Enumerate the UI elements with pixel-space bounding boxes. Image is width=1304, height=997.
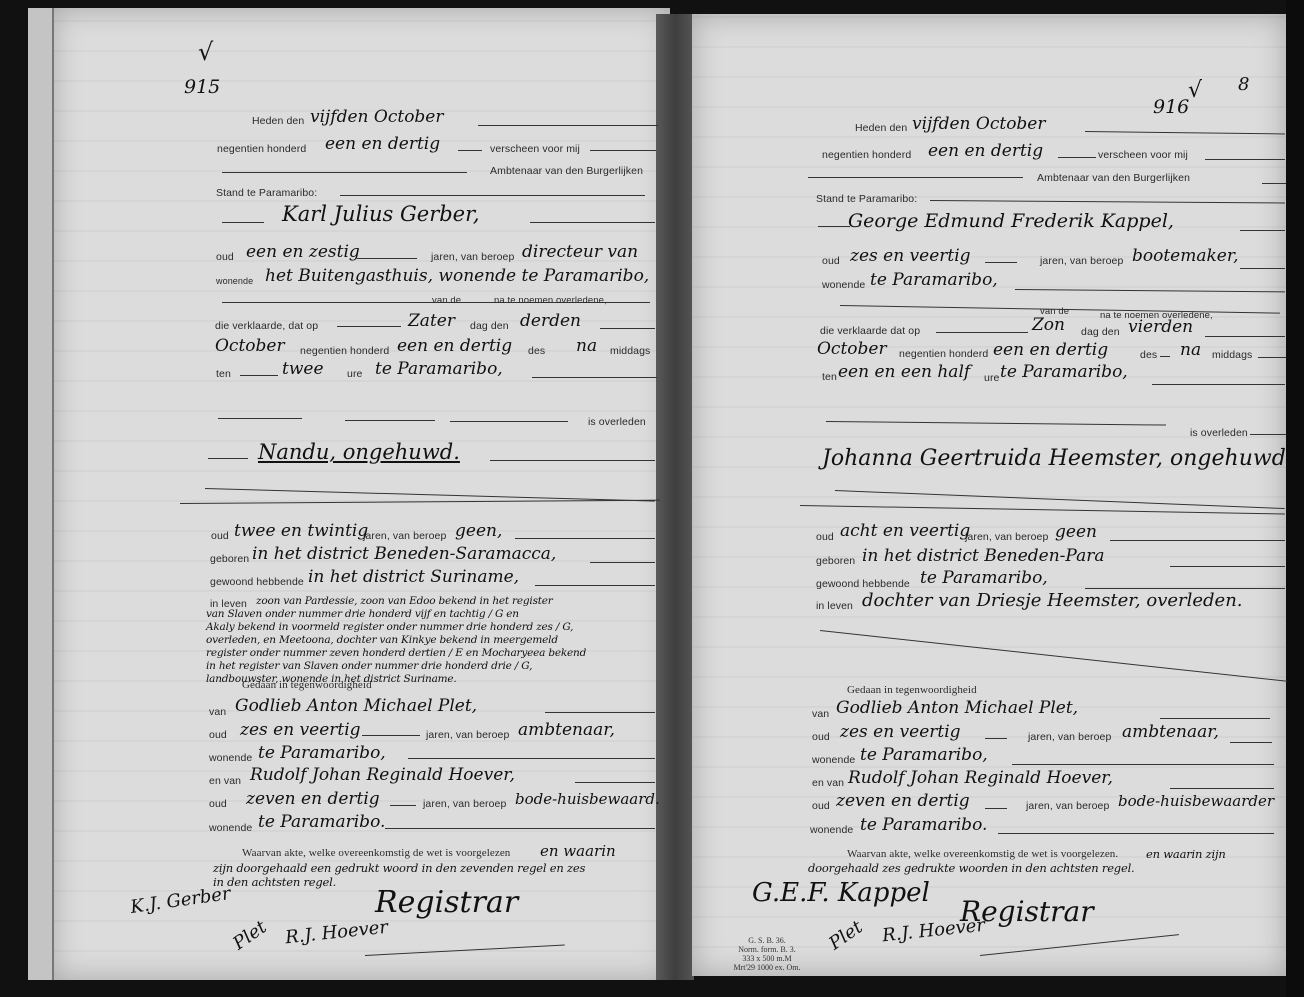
rule bbox=[1058, 157, 1096, 158]
declarant-age: een en zestig bbox=[246, 242, 360, 262]
na-te-noemen-label: na te noemen overledene, bbox=[494, 295, 607, 306]
birthplace: in het district Beneden-Saramacca, bbox=[252, 544, 556, 564]
des-label: des bbox=[1140, 349, 1157, 361]
witness2-residence: te Paramaribo. bbox=[258, 812, 385, 832]
rule bbox=[345, 420, 435, 421]
form-code-line: G. S. B. 36. bbox=[722, 936, 812, 945]
deceased-occupation: geen, bbox=[455, 521, 502, 541]
rule bbox=[985, 262, 1017, 263]
gewoond-label: gewoond hebbende bbox=[210, 576, 304, 588]
death-place: te Paramaribo, bbox=[375, 359, 503, 379]
negentien-honderd-label: negentien honderd bbox=[822, 149, 911, 161]
oud-label-3: oud bbox=[812, 731, 830, 743]
rule bbox=[1230, 742, 1272, 743]
closing-handwritten-2: doorgehaald zes gedrukte woorden in den … bbox=[808, 862, 1135, 875]
deceased-name: Johanna Geertruida Heemster, ongehuwd bbox=[822, 446, 1286, 471]
witness2-age: zeven en dertig bbox=[836, 791, 970, 811]
rule bbox=[998, 833, 1274, 834]
witness1-occupation: ambtenaar, bbox=[518, 720, 615, 740]
rule bbox=[515, 538, 655, 539]
verscheen-label: verscheen voor mij bbox=[1098, 149, 1188, 161]
rule bbox=[390, 805, 416, 806]
negentien-honderd-label-2: negentien honderd bbox=[899, 348, 988, 360]
rule bbox=[985, 808, 1007, 809]
signature-registrar: Registrar bbox=[960, 895, 1094, 928]
form-code-line: Mrt'29 1000 ex. Om. bbox=[722, 963, 812, 972]
rule bbox=[532, 377, 657, 378]
deceased-name: Nandu, ongehuwd. bbox=[258, 440, 460, 464]
wonende-label: wonende bbox=[216, 276, 253, 286]
rule bbox=[575, 782, 655, 783]
weekday: Zon bbox=[1032, 315, 1065, 335]
dag-den-label: dag den bbox=[1081, 326, 1120, 338]
date-day-month: vijfden October bbox=[912, 114, 1046, 134]
geboren-label: geboren bbox=[210, 553, 249, 565]
rule bbox=[1012, 764, 1274, 765]
rule bbox=[1240, 230, 1285, 231]
rule bbox=[1170, 788, 1274, 789]
signature-declarant: G.E.F. Kappel bbox=[752, 878, 930, 908]
geboren-label: geboren bbox=[816, 555, 855, 567]
birthplace: in het district Beneden-Para bbox=[862, 546, 1105, 566]
oud-label-2: oud bbox=[211, 530, 229, 542]
witness1-age: zes en veertig bbox=[840, 722, 961, 742]
stand-label: Stand te Paramaribo: bbox=[816, 193, 917, 205]
rule bbox=[545, 712, 655, 713]
ten-label: ten bbox=[216, 368, 231, 380]
jaren-beroep-label-3: jaren, van beroep bbox=[426, 729, 509, 741]
gewoond-label: gewoond hebbende bbox=[816, 578, 910, 590]
witness2-age: zeven en dertig bbox=[246, 789, 380, 809]
gedaan-label: Gedaan in tegenwoordigheid bbox=[847, 684, 977, 696]
last-residence: in het district Suriname, bbox=[308, 567, 519, 587]
death-day: derden bbox=[520, 311, 581, 331]
death-month: October bbox=[817, 339, 887, 359]
witness1-residence: te Paramaribo, bbox=[258, 743, 386, 763]
witness2-residence: te Paramaribo. bbox=[860, 815, 987, 835]
rule bbox=[218, 418, 302, 419]
verklaarde-label: die verklaarde, dat op bbox=[215, 320, 318, 332]
witness1-name: Godlieb Anton Michael Plet, bbox=[235, 696, 477, 716]
na-value: na bbox=[576, 336, 597, 356]
en-van-label: en van bbox=[812, 777, 844, 789]
parents-line: register onder nummer zeven honderd dert… bbox=[206, 647, 666, 660]
rule bbox=[1240, 268, 1285, 269]
rule bbox=[1152, 384, 1285, 385]
oud-label-2: oud bbox=[816, 531, 834, 543]
witness2-occupation: bode-huisbewaarder bbox=[1118, 792, 1274, 810]
signature-registrar: Registrar bbox=[375, 885, 518, 920]
parents-line: in het register van Slaven onder nummer … bbox=[206, 660, 666, 673]
heden-den-label: Heden den bbox=[855, 122, 907, 134]
ten-label: ten bbox=[822, 371, 837, 383]
death-year-words: een en dertig bbox=[397, 336, 512, 356]
rule bbox=[222, 222, 264, 223]
rule bbox=[362, 735, 420, 736]
rule bbox=[340, 195, 645, 196]
ambtenaar-label: Ambtenaar van den Burgerlijken bbox=[1037, 172, 1190, 184]
death-hour: twee bbox=[282, 359, 324, 379]
corner-mark: 8 bbox=[1238, 74, 1249, 95]
rule bbox=[337, 326, 401, 327]
in-leven-label: in leven bbox=[816, 600, 853, 612]
rule bbox=[490, 460, 655, 461]
wonende-label-3: wonende bbox=[209, 822, 252, 834]
ambtenaar-label: Ambtenaar van den Burgerlijken bbox=[490, 165, 643, 177]
van-label: van bbox=[209, 706, 226, 718]
death-hour: een en een half bbox=[838, 362, 970, 382]
rule bbox=[408, 758, 655, 759]
ure-label: ure bbox=[347, 368, 362, 380]
check-mark-icon: √ bbox=[1188, 78, 1202, 103]
des-label: des bbox=[528, 345, 545, 357]
declarant-occupation: directeur van bbox=[522, 242, 638, 262]
last-residence: te Paramaribo, bbox=[920, 568, 1048, 588]
wonende-label-2: wonende bbox=[812, 754, 855, 766]
rule bbox=[240, 375, 278, 376]
declarant-name: Karl Julius Gerber, bbox=[282, 202, 480, 226]
wonende-label-3: wonende bbox=[810, 824, 853, 836]
rule bbox=[808, 177, 1023, 178]
na-value: na bbox=[1180, 340, 1201, 360]
oud-label: oud bbox=[216, 251, 234, 263]
parents-line: Akaly bekend in voormeld register onder … bbox=[206, 621, 666, 634]
form-code-line: 333 x 500 m.M bbox=[722, 954, 812, 963]
jaren-beroep-label: jaren, van beroep bbox=[1040, 255, 1123, 267]
form-code-line: Norm. form. B. 3. bbox=[722, 945, 812, 954]
rule bbox=[1160, 718, 1270, 719]
closing-handwritten-1: en waarin zijn bbox=[1146, 848, 1226, 861]
wonende-label-2: wonende bbox=[209, 752, 252, 764]
rule bbox=[208, 458, 248, 459]
jaren-beroep-label-2: jaren, van beroep bbox=[965, 531, 1048, 543]
jaren-beroep-label-3: jaren, van beroep bbox=[1028, 731, 1111, 743]
stand-label: Stand te Paramaribo: bbox=[216, 187, 317, 199]
year-words: een en dertig bbox=[325, 134, 440, 154]
rule bbox=[535, 585, 655, 586]
date-day-month: vijfden October bbox=[310, 107, 444, 127]
death-year-words: een en dertig bbox=[993, 340, 1108, 360]
death-place: te Paramaribo, bbox=[1000, 362, 1128, 382]
van-de-label: van de bbox=[432, 295, 461, 306]
form-code: G. S. B. 36. Norm. form. B. 3. 333 x 500… bbox=[722, 936, 812, 972]
is-overleden-label: is overleden bbox=[588, 416, 646, 428]
rule bbox=[1262, 183, 1286, 184]
book-gutter bbox=[656, 14, 694, 980]
oud-label-4: oud bbox=[812, 800, 830, 812]
rule bbox=[936, 332, 1028, 333]
witness2-name: Rudolf Johan Reginald Hoever, bbox=[848, 768, 1113, 788]
record-number: 915 bbox=[184, 76, 220, 98]
verscheen-label: verscheen voor mij bbox=[490, 143, 580, 155]
weekday: Zater bbox=[408, 311, 455, 331]
van-label: van bbox=[812, 708, 829, 720]
rule bbox=[1160, 356, 1170, 357]
jaren-beroep-label: jaren, van beroep bbox=[431, 251, 514, 263]
jaren-beroep-label-4: jaren, van beroep bbox=[423, 798, 506, 810]
death-month: October bbox=[215, 336, 285, 356]
rule bbox=[600, 328, 655, 329]
gedaan-label: Gedaan in tegenwoordigheid bbox=[242, 679, 372, 691]
middags-label: middags bbox=[610, 345, 650, 357]
rule bbox=[222, 172, 467, 173]
rule bbox=[1110, 540, 1285, 541]
closing-handwritten-2: zijn doorgehaald een gedrukt woord in de… bbox=[213, 862, 585, 875]
rule bbox=[357, 258, 417, 259]
closing-printed: Waarvan akte, welke overeenkomstig de we… bbox=[847, 848, 1118, 860]
rule bbox=[1205, 336, 1285, 337]
check-mark-icon: √ bbox=[198, 38, 213, 66]
witness2-occupation: bode-huisbewaard. bbox=[515, 790, 660, 808]
deceased-age: twee en twintig bbox=[234, 521, 368, 541]
oud-label: oud bbox=[822, 255, 840, 267]
record-number: 916 bbox=[1153, 96, 1189, 118]
closing-printed: Waarvan akte, welke overeenkomstig de we… bbox=[242, 847, 510, 859]
rule bbox=[450, 421, 568, 422]
witness1-name: Godlieb Anton Michael Plet, bbox=[836, 698, 1078, 718]
dag-den-label: dag den bbox=[470, 320, 509, 332]
declarant-name: George Edmund Frederik Kappel, bbox=[848, 210, 1174, 232]
rule bbox=[1170, 566, 1285, 567]
rule bbox=[985, 738, 1007, 739]
rule bbox=[590, 150, 656, 151]
rule bbox=[1205, 159, 1285, 160]
declarant-age: zes en veertig bbox=[850, 246, 971, 266]
witness1-residence: te Paramaribo, bbox=[860, 745, 988, 765]
negentien-honderd-label: negentien honderd bbox=[217, 143, 306, 155]
declarant-residence: te Paramaribo, bbox=[870, 270, 998, 290]
negentien-honderd-label-2: negentien honderd bbox=[300, 345, 389, 357]
middags-label: middags bbox=[1212, 349, 1252, 361]
parents-line: zoon van Pardessie, zoon van Edoo bekend… bbox=[206, 595, 666, 608]
jaren-beroep-label-2: jaren, van beroep bbox=[363, 530, 446, 542]
parents-line: overleden, en Meetoona, dochter van Kink… bbox=[206, 634, 666, 647]
death-day: vierden bbox=[1128, 317, 1193, 337]
heden-den-label: Heden den bbox=[252, 115, 304, 127]
rule bbox=[590, 562, 655, 563]
right-border bbox=[1286, 0, 1304, 997]
parents-block: zoon van Pardessie, zoon van Edoo bekend… bbox=[206, 595, 666, 686]
oud-label-3: oud bbox=[209, 729, 227, 741]
witness1-age: zes en veertig bbox=[240, 720, 361, 740]
deceased-age: acht en veertig bbox=[840, 521, 970, 541]
rule bbox=[530, 222, 655, 223]
deceased-occupation: geen bbox=[1055, 522, 1097, 542]
parents-line: van Slaven onder nummer drie honderd vij… bbox=[206, 608, 666, 621]
closing-handwritten-3: in den achtsten regel. bbox=[213, 876, 336, 889]
oud-label-4: oud bbox=[209, 798, 227, 810]
rule bbox=[458, 150, 482, 151]
year-words: een en dertig bbox=[928, 141, 1043, 161]
rule bbox=[818, 226, 850, 227]
wonende-label: wonende bbox=[822, 279, 865, 291]
rule bbox=[385, 828, 655, 829]
is-overleden-label: is overleden bbox=[1190, 427, 1248, 439]
en-van-label: en van bbox=[209, 775, 241, 787]
witness2-name: Rudolf Johan Reginald Hoever, bbox=[250, 765, 515, 785]
declarant-residence: het Buitengasthuis, wonende te Paramarib… bbox=[265, 266, 649, 286]
verklaarde-label: die verklaarde dat op bbox=[820, 325, 920, 337]
jaren-beroep-label-4: jaren, van beroep bbox=[1026, 800, 1109, 812]
rule bbox=[1250, 434, 1286, 435]
ure-label: ure bbox=[984, 372, 999, 384]
left-page-edge bbox=[52, 8, 54, 980]
rule bbox=[478, 125, 658, 126]
rule bbox=[1258, 357, 1286, 358]
witness1-occupation: ambtenaar, bbox=[1122, 722, 1219, 742]
closing-handwritten-1: en waarin bbox=[540, 842, 616, 860]
declarant-occupation: bootemaker, bbox=[1132, 246, 1239, 266]
parents: dochter van Driesje Heemster, overleden. bbox=[862, 590, 1243, 611]
